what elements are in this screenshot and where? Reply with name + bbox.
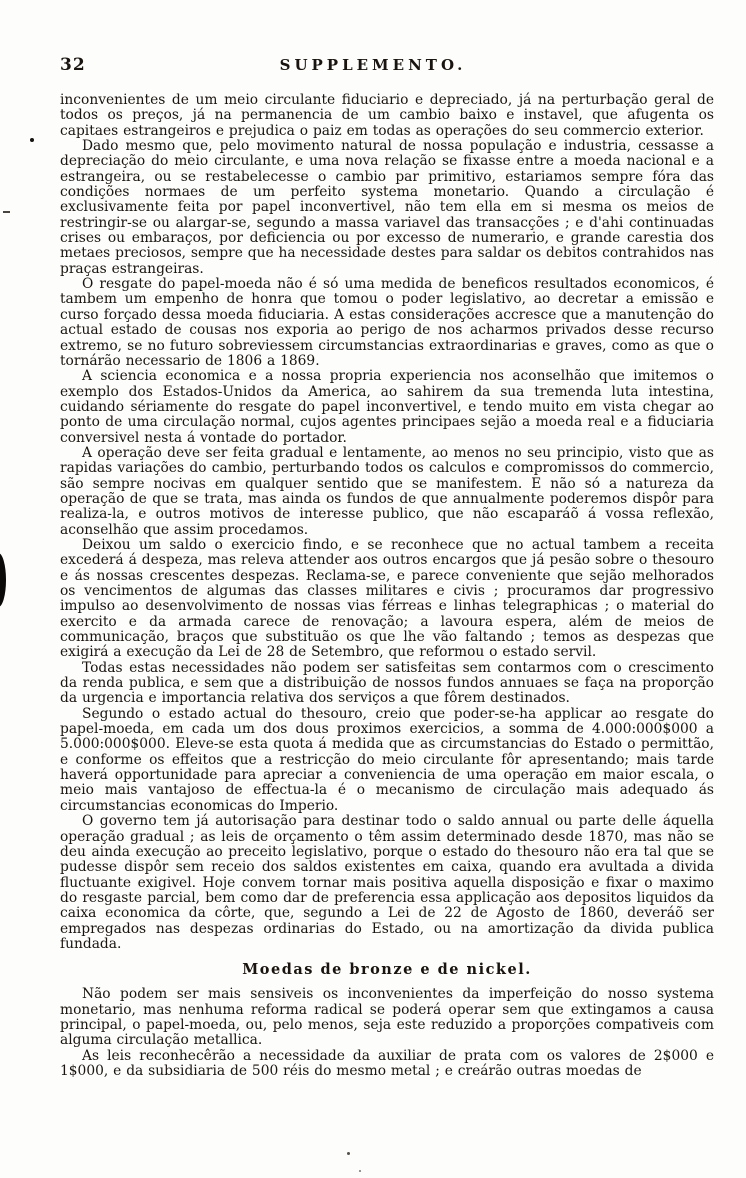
running-header: 32 SUPPLEMENTO. [0,55,746,79]
paragraph: As leis reconhecêrão a necessidade da au… [60,1049,714,1080]
paragraph: O resgate do papel-moeda não é só uma me… [60,277,714,369]
section-moedas-bronze-nickel: Não podem ser mais sensiveis os inconven… [60,987,714,1079]
section-papel-moeda: inconvenientes de um meio circulante fid… [60,93,714,952]
scanned-document-page: 32 SUPPLEMENTO. inconvenientes de um mei… [0,0,746,1178]
scan-speck-artifact [347,1152,350,1155]
paragraph: Segundo o estado actual do thesouro, cre… [60,707,714,814]
scan-speck-artifact [359,1170,361,1172]
paragraph: O governo tem já autorisação para destin… [60,814,714,952]
section-heading-moedas: Moedas de bronze e de nickel. [60,961,714,978]
paragraph: Dado mesmo que, pelo movimento natural d… [60,139,714,277]
paragraph: Não podem ser mais sensiveis os inconven… [60,987,714,1048]
paragraph: A sciencia economica e a nossa propria e… [60,369,714,446]
paragraph: Deixou um saldo o exercicio findo, e se … [60,538,714,661]
margin-dot-artifact [30,138,34,142]
ink-blob-artifact [0,553,6,607]
paragraph: A operação deve ser feita gradual e lent… [60,446,714,538]
text-column: inconvenientes de um meio circulante fid… [60,93,714,1079]
margin-dash-artifact [3,211,10,213]
paragraph: inconvenientes de um meio circulante fid… [60,93,714,139]
paragraph: Todas estas necessidades não podem ser s… [60,661,714,707]
running-title: SUPPLEMENTO. [0,56,746,74]
